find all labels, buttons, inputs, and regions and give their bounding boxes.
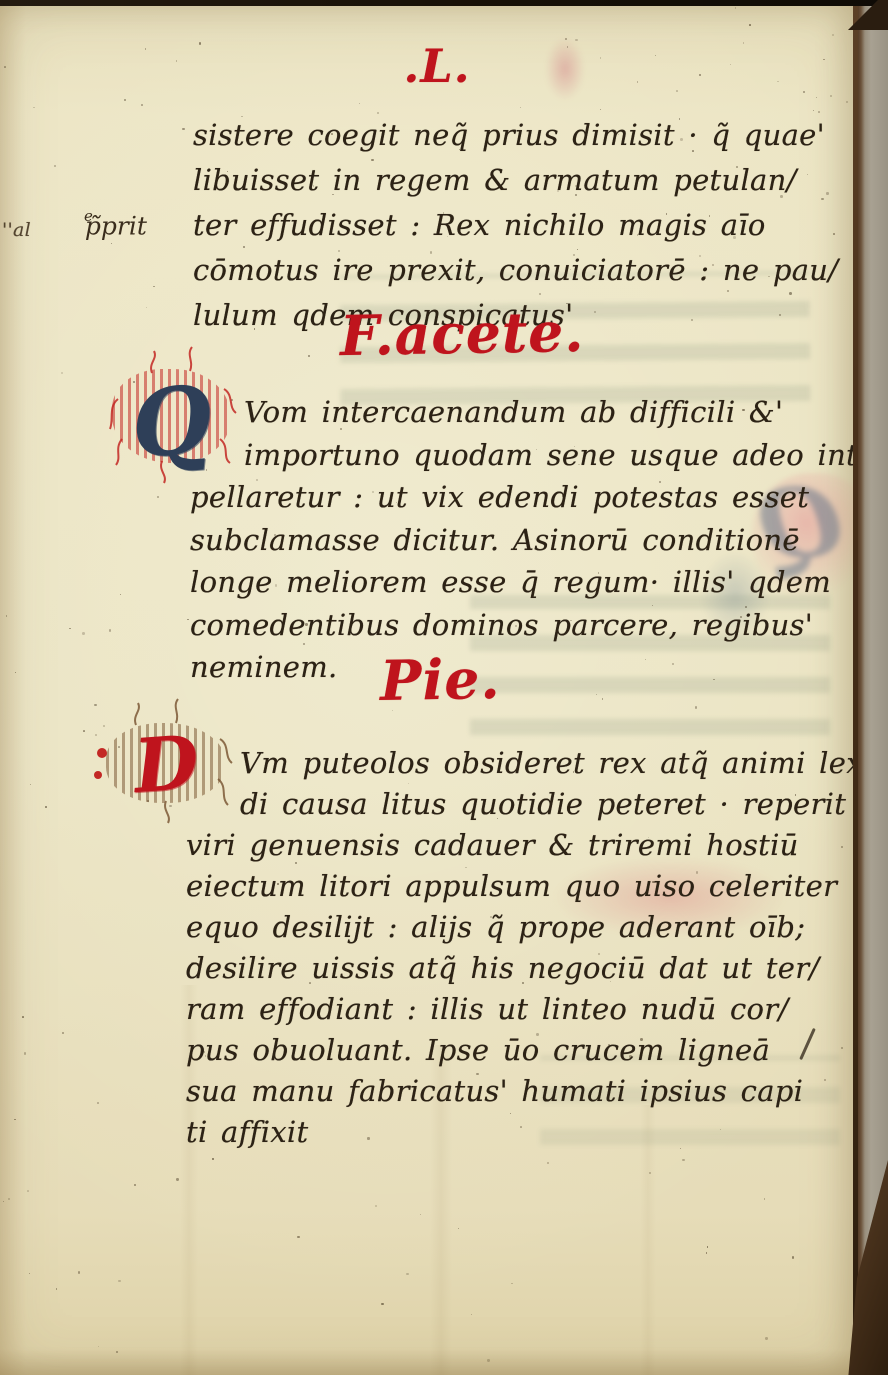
text-line: sistere coegit neq̃ prius dimisit · q̃ q… <box>193 113 838 158</box>
section-heading-pie: Pie. <box>379 646 501 713</box>
text-line: equo desilijt : alijs q̃ prope aderant o… <box>186 907 888 948</box>
ink-bleed-mark <box>545 37 585 101</box>
text-line: eiectum litori appulsum quo uiso celerit… <box>186 866 888 907</box>
page-edge-line <box>853 0 858 1375</box>
text-line: desilire uissis atq̃ his negociū dat ut … <box>186 948 888 989</box>
text-line: pus obuoluant. Ipse ūo crucem ligneā <box>186 1030 888 1071</box>
text-line: libuisset in regem & armatum petulan/ <box>193 158 838 203</box>
text-line: di causa litus quotidie peteret · reperi… <box>186 784 888 825</box>
manuscript-photo: Q .L. ''al ep̃prit sistere coegit neq̃ p… <box>0 0 888 1375</box>
text-line: Vom intercaenandum ab difficili &' <box>190 391 888 434</box>
marginal-note-faint: ''al <box>2 219 31 241</box>
text-paragraph-2: Vom intercaenandum ab difficili &' impor… <box>190 391 888 689</box>
folio-number: .L. <box>372 39 502 93</box>
section-heading-facete: F.acete. <box>339 299 584 368</box>
marginal-note: ep̃prit <box>76 211 147 240</box>
marginal-note-text: p̃prit <box>85 211 147 240</box>
text-line: comedentibus dominos parcere, regibus' <box>190 604 888 647</box>
gutter-shading <box>0 5 26 1375</box>
book-fore-edge <box>857 0 888 1375</box>
top-board-edge <box>0 0 888 6</box>
text-line: neminem. <box>190 646 888 689</box>
text-line: ram effodiant : illis ut linteo nudū cor… <box>186 989 888 1030</box>
text-line: Vm puteolos obsideret rex atq̃ animi lex… <box>186 743 888 784</box>
text-paragraph-3: Vm puteolos obsideret rex atq̃ animi lex… <box>186 743 888 1153</box>
parchment-page: Q .L. ''al ep̃prit sistere coegit neq̃ p… <box>0 5 857 1375</box>
text-line: sua manu fabricatus' humati ipsius capi <box>186 1071 888 1112</box>
text-line: ter effudisset : Rex nichilo magis aīo <box>193 203 838 248</box>
marginal-note-superscript: e <box>84 207 93 225</box>
text-line: longe meliorem esse q̄ regum· illis' qde… <box>190 561 888 604</box>
text-line: ti affixit <box>186 1112 888 1153</box>
text-line: subclamasse dicitur. Asinorū conditionē <box>190 519 888 562</box>
text-line: importuno quodam sene usque adeo inter <box>190 434 888 477</box>
text-line: viri genuensis cadauer & triremi hostiū <box>186 825 888 866</box>
text-line: cōmotus ire prexit, conuiciatorē : ne pa… <box>193 248 838 293</box>
text-line: pellaretur : ut vix edendi potestas esse… <box>190 476 888 519</box>
top-right-board-corner <box>828 0 888 30</box>
bottom-shading <box>0 1349 857 1375</box>
